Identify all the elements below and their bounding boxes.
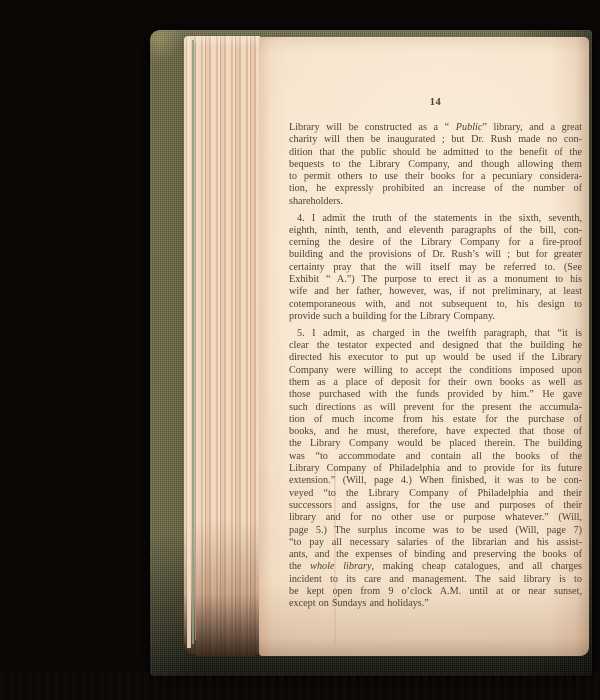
text-line: eighth, ninth, tenth, and eleventh parag…: [289, 225, 582, 237]
text-line: charity will then be inaugurated ; but D…: [289, 134, 582, 146]
text-line: veyed “to the Library Company of Philade…: [289, 488, 582, 500]
page-text-block: 14 Library will be constructed as a “ Pu…: [289, 97, 582, 611]
text-line: cerning the desire of the Library Compan…: [289, 237, 582, 249]
text-line: those purchased with the funds provided …: [289, 389, 582, 401]
text-line: cotemporaneous with, and not subsequent …: [289, 299, 582, 311]
text-line: be kept open from 9 o’clock A.M. until a…: [289, 586, 582, 598]
text-line: except on Sundays and holidays.”: [289, 598, 582, 610]
page-edge-highlight: [187, 38, 191, 648]
text-line: tion, he expressly prohibited an increas…: [289, 183, 582, 195]
text-line: library and for no other use or purpose …: [289, 512, 582, 524]
page-number: 14: [289, 97, 582, 108]
text-line: dition that the public should be admitte…: [289, 147, 582, 159]
text-line: such directions as will prevent for the …: [289, 402, 582, 414]
text-line: bequests to the Library Company, and tho…: [289, 159, 582, 171]
text-line: the whole library, making cheap catalogu…: [289, 561, 582, 573]
text-line: wife and her father, however, was, if no…: [289, 286, 582, 298]
text-line: directed his executor to put up would be…: [289, 352, 582, 364]
text-line: Library Company of Philadelphia and to p…: [289, 463, 582, 475]
text-line: incident to its care and management. The…: [289, 574, 582, 586]
text-line: the Library Company would be placed ther…: [289, 438, 582, 450]
paragraph: 5. I admit, as charged in the twelfth pa…: [289, 328, 582, 611]
text-line: extension.” (Will, page 4.) When finishe…: [289, 475, 582, 487]
text-line: Exhibit “ A.”) The purpose to erect it a…: [289, 274, 582, 286]
text-line: provide such a building for the Library …: [289, 311, 582, 323]
text-line: was “to accommodate and contain all the …: [289, 451, 582, 463]
page-edge-pink-line: [195, 42, 196, 640]
text-line: page 5.) The surplus income was to be us…: [289, 525, 582, 537]
text-line: them as a place of deposit for their own…: [289, 377, 582, 389]
text-line: 4. I admit the truth of the statements i…: [289, 213, 582, 225]
page-edge-teal-line: [192, 40, 194, 644]
paragraph: 4. I admit the truth of the statements i…: [289, 213, 582, 324]
text-line: ants, and the expenses of binding and pr…: [289, 549, 582, 561]
text-line: shareholders.: [289, 196, 582, 208]
paragraphs-container: Library will be constructed as a “ Publi…: [289, 122, 582, 611]
text-line: tion of much income from his estate for …: [289, 414, 582, 426]
text-line: certainty pray that the will itself may …: [289, 262, 582, 274]
desk-shadow-texture: [0, 672, 600, 700]
text-line: Company were willing to accept the condi…: [289, 365, 582, 377]
text-line: building and the provisions of Dr. Rush’…: [289, 249, 582, 261]
text-line: books, and he must, therefore, have expe…: [289, 426, 582, 438]
book-photo: 14 Library will be constructed as a “ Pu…: [0, 0, 600, 700]
text-line: “to pay all necessary salaries of the li…: [289, 537, 582, 549]
paragraph: Library will be constructed as a “ Publi…: [289, 122, 582, 208]
text-line: Library will be constructed as a “ Publi…: [289, 122, 582, 134]
text-line: 5. I admit, as charged in the twelfth pa…: [289, 328, 582, 340]
text-line: successors and assigns, for the use and …: [289, 500, 582, 512]
text-line: clear the testator expected and designed…: [289, 340, 582, 352]
text-line: to permit others to use their books for …: [289, 171, 582, 183]
